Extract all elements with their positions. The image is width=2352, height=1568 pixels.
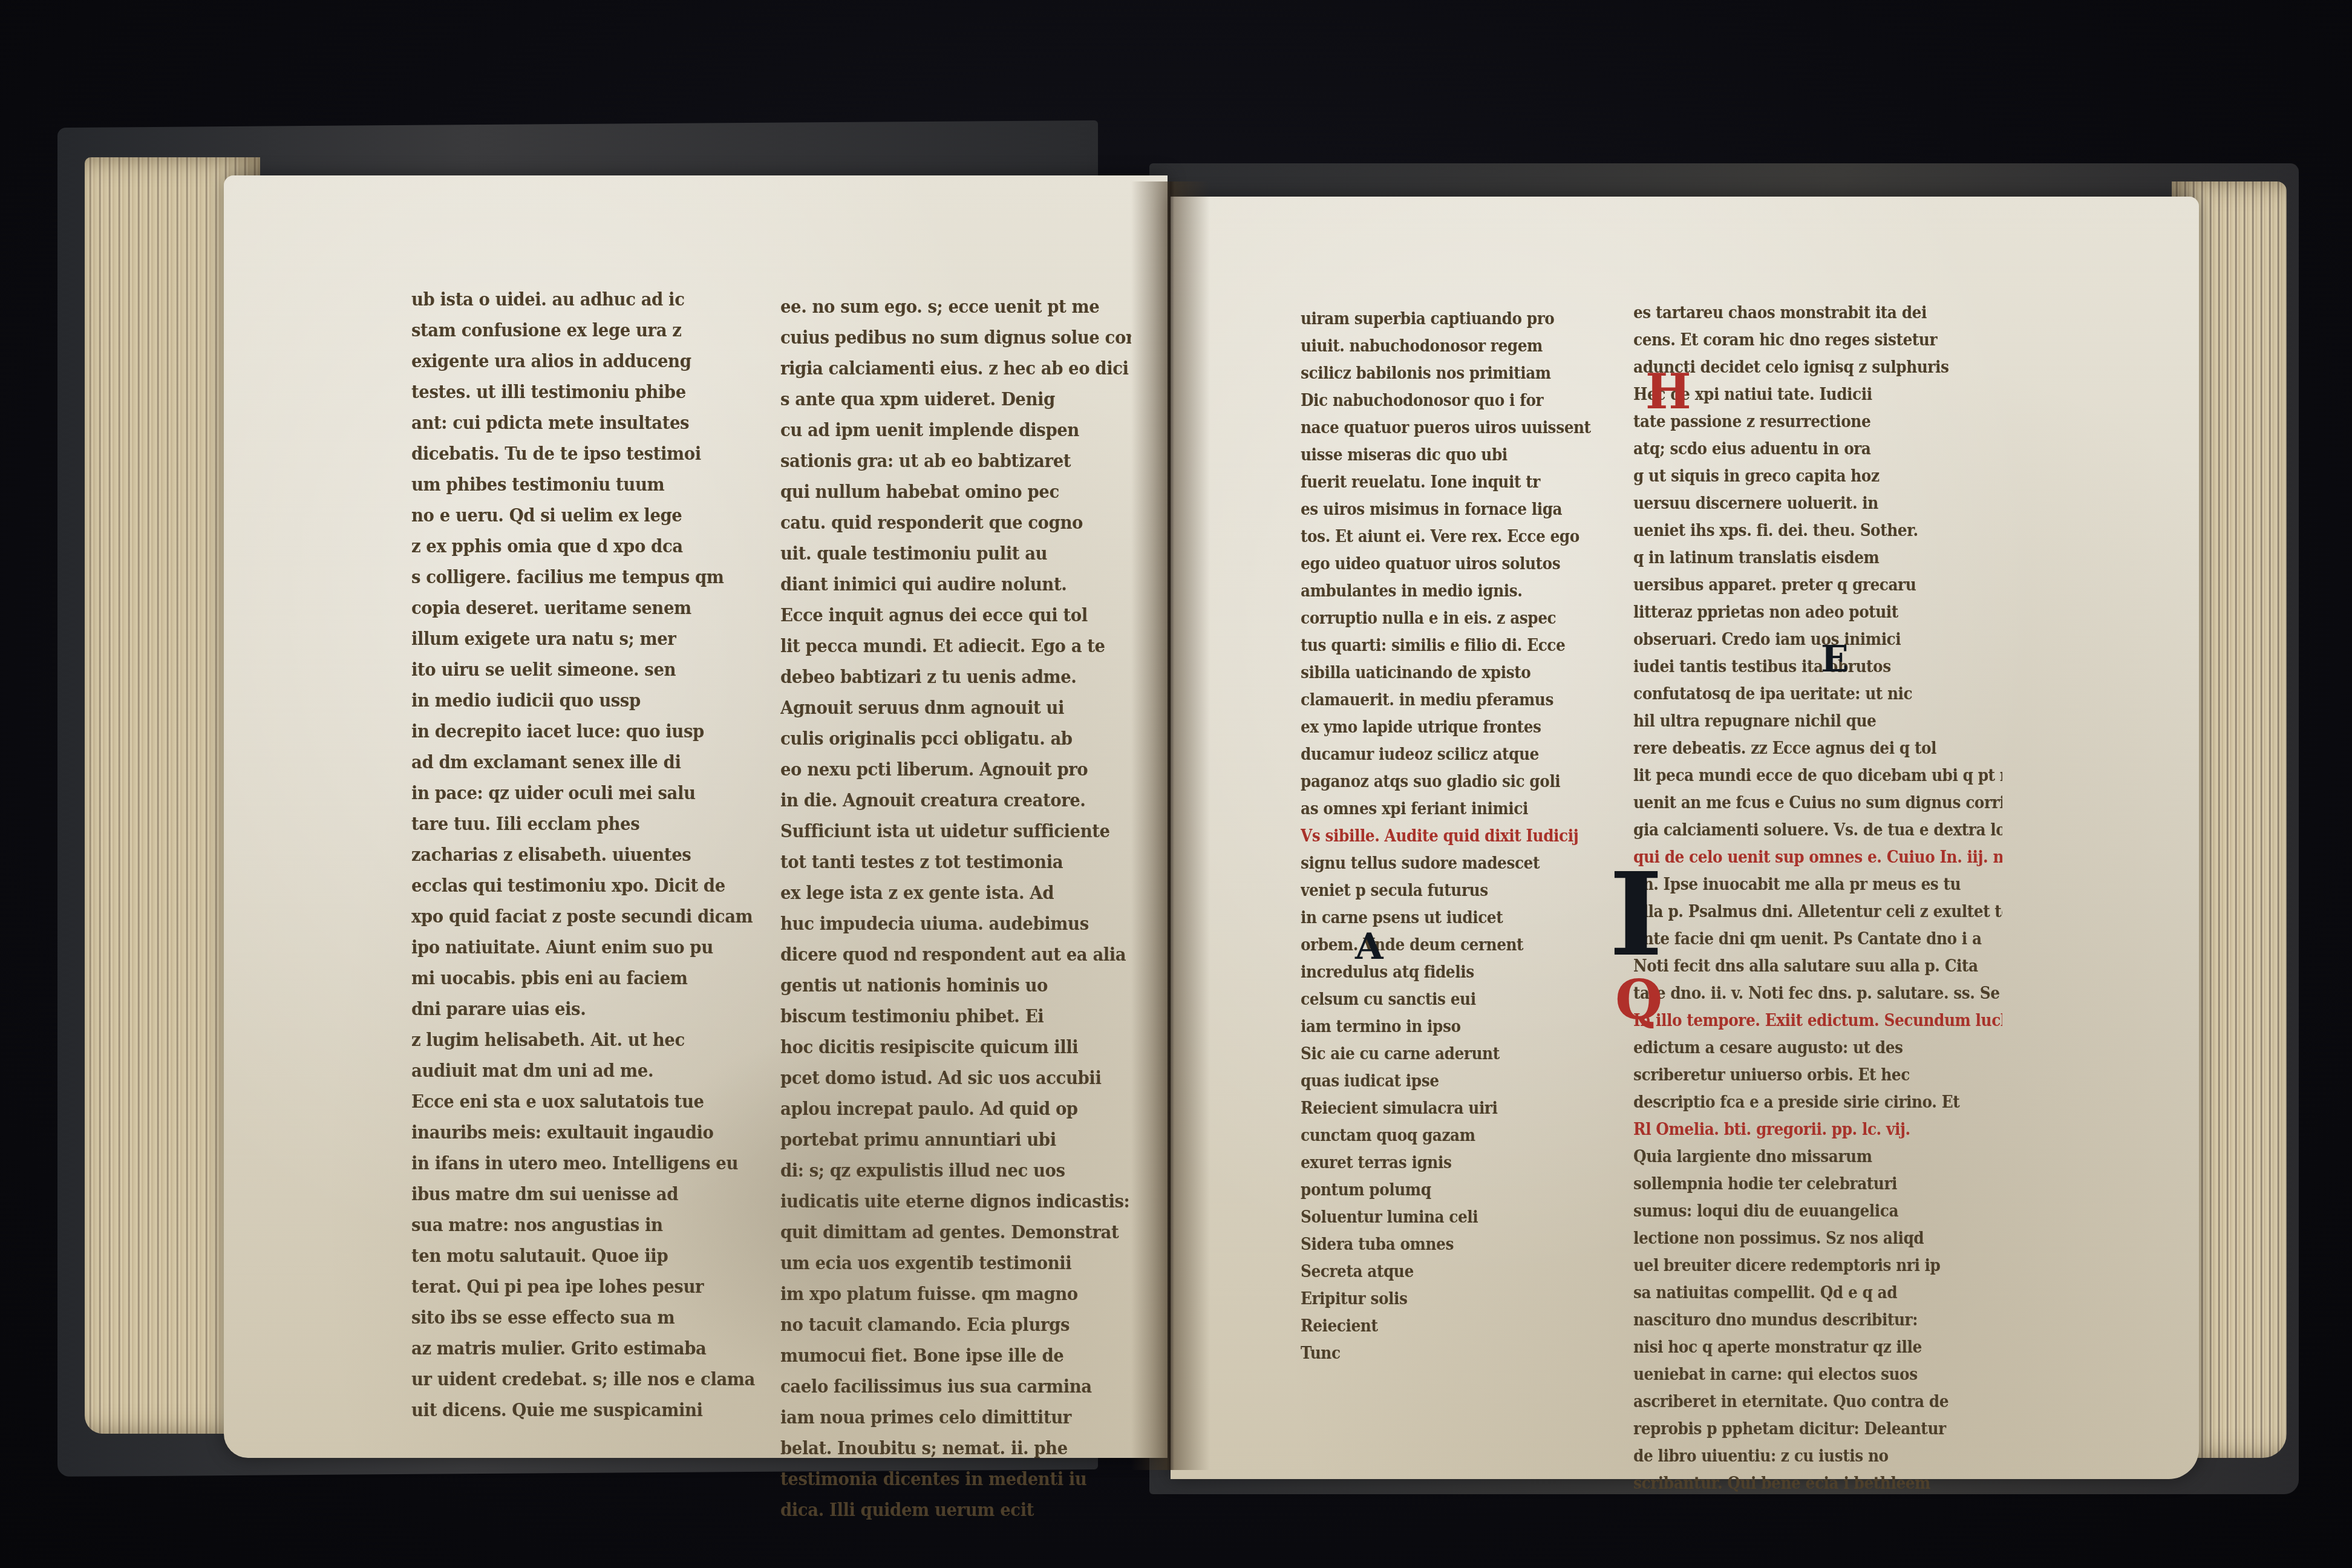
text-line: Quia largiente dno missarum: [1633, 1143, 1973, 1171]
text-line: g ut siquis in greco capita hoz: [1633, 463, 1973, 490]
text-line: litteraz pprietas non adeo potuit: [1633, 599, 1973, 626]
text-line: caelo facilissimus ius sua carmina: [780, 1371, 1103, 1402]
text-line: cens. Et coram hic dno reges sistetur: [1633, 327, 1973, 354]
text-line: sibilla uaticinando de xpisto: [1301, 659, 1579, 687]
text-line: rere debeatis. zz Ecce agnus dei q tol: [1633, 735, 1973, 762]
text-line: signu tellus sudore madescet: [1301, 850, 1579, 877]
text-line: hoc dicitis resipiscite quicum illi: [780, 1032, 1103, 1063]
text-line: uiuit. nabuchodonosor regem: [1301, 333, 1579, 360]
text-line: uenit an me fcus e Cuius no sum dignus c…: [1633, 789, 1973, 817]
text-line: ibus matre dm sui uenisse ad: [411, 1179, 734, 1210]
text-line: confutatosq de ipa ueritate: ut nic: [1633, 681, 1973, 708]
text-line: dicere quod nd respondent aut ea alia: [780, 939, 1103, 970]
text-line: descriptio fca e a preside sirie cirino.…: [1633, 1089, 1973, 1116]
text-line: z lugim helisabeth. Ait. ut hec: [411, 1025, 734, 1056]
text-line: Reiecient: [1301, 1313, 1579, 1340]
text-line: obseruari. Credo iam uos inimici: [1633, 626, 1973, 653]
text-line: sollempnia hodie ter celebraturi: [1633, 1171, 1973, 1198]
text-line: ueniet ihs xps. fi. dei. theu. Sother.: [1633, 517, 1973, 544]
text-line: ant: cui pdicta mete insultates: [411, 408, 734, 439]
text-line: z ex pphis omia que d xpo dca: [411, 531, 734, 562]
text-line: ur uident credebat. s; ille nos e clama: [411, 1364, 734, 1395]
text-line: edictum a cesare augusto: ut des: [1633, 1034, 1973, 1062]
text-line: uiram superbia captiuando pro: [1301, 305, 1579, 333]
text-line: corruptio nulla e in eis. z aspec: [1301, 605, 1579, 632]
text-line: as omnes xpi feriant inimici: [1301, 795, 1579, 823]
text-line: Sidera tuba omnes: [1301, 1231, 1579, 1258]
text-line: dica. Illi quidem uerum ecit: [780, 1495, 1103, 1526]
text-line: pontum polumq: [1301, 1177, 1579, 1204]
text-line: ex lege ista z ex gente ista. Ad: [780, 878, 1103, 909]
text-line: s ante qua xpm uideret. Denig: [780, 384, 1103, 415]
text-line: gia calciamenti soluere. Vs. de tua e de…: [1633, 817, 1973, 844]
text-line: ecclas qui testimoniu xpo. Dicit de: [411, 871, 734, 901]
text-line: iudicatis uite eterne dignos indicastis:…: [780, 1186, 1103, 1217]
text-line: rigia calciamenti eius. z hec ab eo dici: [780, 353, 1103, 384]
text-line: qui nullum habebat omino pec: [780, 477, 1103, 508]
text-line: xpo quid faciat z poste secundi dicam: [411, 901, 734, 932]
text-line: qui de celo uenit sup omnes e. Cuiuo In.…: [1633, 844, 1973, 871]
text-line: inauribs meis: exultauit ingaudio: [411, 1117, 734, 1148]
text-line: ambulantes in medio ignis.: [1301, 578, 1579, 605]
text-line: ad dm exclamant senex ille di: [411, 747, 734, 778]
text-line: orbem. Vnde deum cernent: [1301, 932, 1579, 959]
text-line: tos. Et aiunt ei. Vere rex. Ecce ego: [1301, 523, 1579, 550]
text-line: ipo natiuitate. Aiunt enim suo pu: [411, 932, 734, 963]
text-line: tus quarti: similis e filio di. Ecce: [1301, 632, 1579, 659]
text-line: scriberetur uniuerso orbis. Et hec: [1633, 1062, 1973, 1089]
text-line: uit dicens. Quie me suspicamini: [411, 1395, 734, 1426]
text-line: ante facie dni qm uenit. Ps Cantate dno …: [1633, 926, 1973, 953]
text-line: Sic aie cu carne aderunt: [1301, 1040, 1579, 1068]
text-line: Rl Omelia. bti. gregorii. pp. lc. vij.: [1633, 1116, 1973, 1143]
text-line: hil ultra repugnare nichil que: [1633, 708, 1973, 735]
text-line: in carne psens ut iudicet: [1301, 904, 1579, 932]
text-line: fuerit reuelatu. Ione inquit tr: [1301, 469, 1579, 496]
left-page-column-1: ub ista o uidei. au adhuc ad icstam conf…: [411, 284, 762, 1426]
text-line: clamauerit. in mediu pferamus: [1301, 687, 1579, 714]
text-line: in die. Agnouit creatura creatore.: [780, 785, 1103, 816]
text-line: culis originalis pcci obligatu. ab: [780, 724, 1103, 754]
text-line: im xpo platum fuisse. qm magno: [780, 1279, 1103, 1310]
text-line: exuret terras ignis: [1301, 1149, 1579, 1177]
text-line: belat. Inoubitu s; nemat. ii. phe: [780, 1433, 1103, 1464]
initial-i-large: I: [1609, 847, 1663, 982]
text-line: ub ista o uidei. au adhuc ad ic: [411, 284, 734, 315]
initial-e-blue: E: [1821, 638, 1849, 681]
text-line: Eripitur solis: [1301, 1285, 1579, 1313]
text-line: in medio iudicii quo ussp: [411, 685, 734, 716]
text-line: sationis gra: ut ab eo babtizaret: [780, 446, 1103, 477]
text-line: um phibes testimoniu tuum: [411, 469, 734, 500]
text-line: an. Ipse inuocabit me alla pr meus es tu: [1633, 871, 1973, 898]
text-line: ex ymo lapide utrique frontes: [1301, 714, 1579, 741]
text-line: debeo babtizari z tu uenis adme.: [780, 662, 1103, 693]
text-line: Tunc: [1301, 1340, 1579, 1367]
text-line: sua matre: nos angustias in: [411, 1210, 734, 1241]
text-line: ito uiru se uelit simeone. sen: [411, 655, 734, 685]
text-line: zacharias z elisabeth. uiuentes: [411, 840, 734, 871]
text-line: ueniebat in carne: qui electos suos: [1633, 1361, 1973, 1388]
text-line: iam termino in ipso: [1301, 1013, 1579, 1040]
text-line: s colligere. facilius me tempus qm: [411, 562, 734, 593]
text-line: testimonia dicentes in medenti iu: [780, 1464, 1103, 1495]
text-line: huc impudecia uiuma. audebimus: [780, 909, 1103, 939]
text-line: audiuit mat dm uni ad me.: [411, 1056, 734, 1086]
text-line: de libro uiuentiu: z cu iustis no: [1633, 1443, 1973, 1470]
text-line: reprobis p pphetam dicitur: Deleantur: [1633, 1416, 1973, 1443]
text-line: lectione non possimus. Sz nos aliqd: [1633, 1225, 1973, 1252]
text-line: veniet p secula futurus: [1301, 877, 1579, 904]
text-line: um ecia uos exgentib testimonii: [780, 1248, 1103, 1279]
text-line: tare tuu. Iili ecclam phes: [411, 809, 734, 840]
text-line: testes. ut illi testimoniu phibe: [411, 377, 734, 408]
text-line: Dic nabuchodonosor quo i for: [1301, 387, 1579, 414]
text-line: ego uideo quatuor uiros solutos: [1301, 550, 1579, 578]
text-line: q in latinum translatis eisdem: [1633, 544, 1973, 572]
text-line: iam noua primes celo dimittitur: [780, 1402, 1103, 1433]
text-line: nascituro dno mundus describitur:: [1633, 1307, 1973, 1334]
text-line: biscum testimoniu phibet. Ei: [780, 1001, 1103, 1032]
text-line: az matris mulier. Grito estimaba: [411, 1333, 734, 1364]
text-line: sumus: loqui diu de euuangelica: [1633, 1198, 1973, 1225]
initial-q-red: Q: [1615, 968, 1662, 1032]
text-line: cunctam quoq gazam: [1301, 1122, 1579, 1149]
text-line: catu. quid responderit que cogno: [780, 508, 1103, 538]
text-line: ee. no sum ego. s; ecce uenit pt me: [780, 292, 1103, 322]
text-line: dni parare uias eis.: [411, 994, 734, 1025]
text-line: in decrepito iacet luce: quo iusp: [411, 716, 734, 747]
text-line: Ecce eni sta e uox salutatois tue: [411, 1086, 734, 1117]
text-line: es uiros misimus in fornace liga: [1301, 496, 1579, 523]
text-line: quas iudicat ipse: [1301, 1068, 1579, 1095]
initial-a-blue: A: [1355, 926, 1383, 968]
text-line: Vs sibille. Audite quid dixit Iudicij: [1301, 823, 1579, 850]
text-line: Reiecient simulacra uiri: [1301, 1095, 1579, 1122]
text-line: uel breuiter dicere redemptoris nri ip: [1633, 1252, 1973, 1279]
text-line: Agnouit seruus dnm agnouit ui: [780, 693, 1103, 724]
text-line: mumocui fiet. Bone ipse ille de: [780, 1341, 1103, 1371]
text-line: lit peca mundi ecce de quo dicebam ubi q…: [1633, 762, 1973, 789]
text-line: Sufficiunt ista ut uidetur sufficiente: [780, 816, 1103, 847]
text-line: sito ibs se esse effecto sua m: [411, 1302, 734, 1333]
text-line: tot tanti testes z tot testimonia: [780, 847, 1103, 878]
book-gutter: [1131, 181, 1210, 1470]
text-line: gentis ut nationis hominis uo: [780, 970, 1103, 1001]
text-line: Ecce inquit agnus dei ecce qui tol: [780, 600, 1103, 631]
initial-h-red: H: [1645, 363, 1691, 420]
text-line: nace quatuor pueros uiros uuissent: [1301, 414, 1579, 442]
text-line: portebat primu annuntiari ubi: [780, 1125, 1103, 1155]
text-line: In illo tempore. Exiit edictum. Secundum…: [1633, 1007, 1973, 1034]
text-line: alla p. Psalmus dni. Alletentur celi z e…: [1633, 898, 1973, 926]
manuscript-book: ub ista o uidei. au adhuc ad icstam conf…: [0, 0, 2352, 1568]
text-line: uersibus apparet. preter q grecaru: [1633, 572, 1973, 599]
text-line: exigente ura alios in adduceng: [411, 346, 734, 377]
text-line: copia deseret. ueritame senem: [411, 593, 734, 624]
text-line: terat. Qui pi pea ipe lohes pesur: [411, 1272, 734, 1302]
text-line: diant inimici qui audire nolunt.: [780, 569, 1103, 600]
text-line: in pace: qz uider oculi mei salu: [411, 778, 734, 809]
text-line: incredulus atq fidelis: [1301, 959, 1579, 986]
text-line: sa natiuitas compellit. Qd e q ad: [1633, 1279, 1973, 1307]
text-line: in ifans in utero meo. Intelligens eu: [411, 1148, 734, 1179]
text-line: lit pecca mundi. Et adiecit. Ego a te: [780, 631, 1103, 662]
text-line: es tartareu chaos monstrabit ita dei: [1633, 299, 1973, 327]
right-page-column-2: es tartareu chaos monstrabit ita deicens…: [1633, 299, 2002, 1497]
text-line: nisi hoc q aperte monstratur qz ille: [1633, 1334, 1973, 1361]
text-line: atq; scdo eius aduentu in ora: [1633, 436, 1973, 463]
text-line: pcet domo istud. Ad sic uos accubii: [780, 1063, 1103, 1094]
text-line: scribantur. Qui bene ecia i bethleem: [1633, 1470, 1973, 1497]
text-line: cuius pedibus no sum dignus solue cor: [780, 322, 1103, 353]
text-line: eo nexu pcti liberum. Agnouit pro: [780, 754, 1103, 785]
text-line: uisse miseras dic quo ubi: [1301, 442, 1579, 469]
text-line: no tacuit clamando. Ecia plurgs: [780, 1310, 1103, 1341]
text-line: aplou increpat paulo. Ad quid op: [780, 1094, 1103, 1125]
text-line: Noti fecit dns alla salutare suu alla p.…: [1633, 953, 1973, 980]
text-line: scilicz babilonis nos primitiam: [1301, 360, 1579, 387]
text-line: paganoz atqs suo gladio sic goli: [1301, 768, 1579, 795]
text-line: iudei tantis testibus ita obrutos: [1633, 653, 1973, 681]
right-page-column-1: uiram superbia captiuando prouiuit. nabu…: [1301, 305, 1603, 1367]
text-line: ascriberet in eternitate. Quo contra de: [1633, 1388, 1973, 1416]
text-line: Secreta atque: [1301, 1258, 1579, 1285]
text-line: illum exigete ura natu s; mer: [411, 624, 734, 655]
text-line: quit dimittam ad gentes. Demonstrat: [780, 1217, 1103, 1248]
text-line: tate dno. ii. v. Noti fec dns. p. saluta…: [1633, 980, 1973, 1007]
text-line: uersuu discernere uoluerit. in: [1633, 490, 1973, 517]
text-line: mi uocabis. pbis eni au faciem: [411, 963, 734, 994]
text-line: ducamur iudeoz scilicz atque: [1301, 741, 1579, 768]
text-line: di: s; qz expulistis illud nec uos: [780, 1155, 1103, 1186]
text-line: cu ad ipm uenit implende dispen: [780, 415, 1103, 446]
text-line: no e ueru. Qd si uelim ex lege: [411, 500, 734, 531]
text-line: uit. quale testimoniu pulit au: [780, 538, 1103, 569]
text-line: Soluentur lumina celi: [1301, 1204, 1579, 1231]
text-line: stam confusione ex lege ura z: [411, 315, 734, 346]
text-line: celsum cu sanctis eui: [1301, 986, 1579, 1013]
left-page-column-2: ee. no sum ego. s; ecce uenit pt mecuius…: [780, 292, 1131, 1526]
text-line: dicebatis. Tu de te ipso testimoi: [411, 439, 734, 469]
text-line: ten motu salutauit. Quoe iip: [411, 1241, 734, 1272]
